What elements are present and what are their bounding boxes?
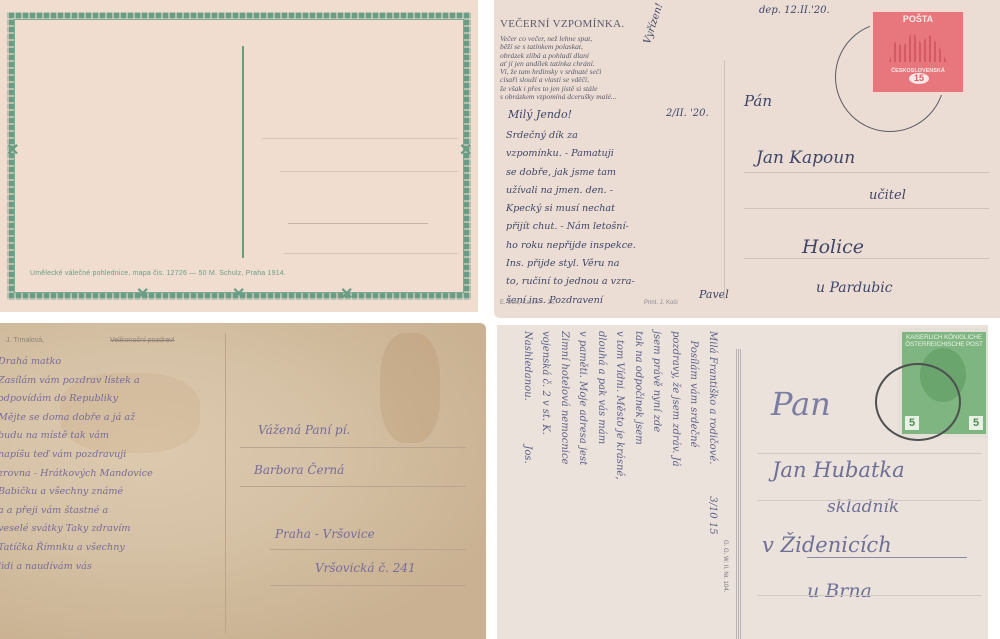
address-line	[757, 453, 982, 454]
publisher-imprint: Umělecké válečné pohlednice, mapa čis. 1…	[30, 270, 286, 277]
letter-date: 2/II. '20.	[666, 108, 709, 119]
poem-text: Večer co večer, než lehne spat, běží se …	[500, 35, 617, 101]
address-line	[807, 557, 967, 558]
postmark	[875, 363, 961, 441]
stamp-label: POŠTA	[873, 14, 963, 24]
address-line	[262, 138, 458, 139]
salutation: Pan	[771, 385, 831, 423]
ribbon-cross-ornament: ✕	[232, 284, 245, 304]
publisher-imprint: G. G. W. II. Nr. 104.	[722, 540, 728, 592]
postcard-vecerni-vzpominka: VEČERNÍ VZPOMÍNKA. Večer co večer, než l…	[494, 0, 1000, 318]
ribbon-cross-ornament: ✕	[340, 284, 353, 304]
divider-rule	[736, 349, 742, 639]
postcard-blank-war-series: ✕ ✕ ✕ ✕ ✕ Umělecké válečné pohlednice, m…	[0, 0, 478, 312]
recipient-name: Jan Hubatka	[772, 458, 905, 482]
stamp-value: 5	[969, 416, 983, 430]
recipient-district: u Pardubic	[816, 280, 893, 296]
handwritten-message-rotated: Milá Františko a rodičové. 3/10 15 Posíl…	[518, 331, 722, 535]
address-line	[744, 172, 989, 173]
address-line	[744, 258, 989, 259]
recipient-district: u Brna	[807, 580, 872, 602]
castle-illustration	[889, 28, 947, 62]
handwritten-message: Srdečný dík za vzpomínku. - Pamatuji se …	[506, 127, 636, 310]
printer-imprint: Print. J. Koči	[644, 300, 678, 306]
divider-line	[225, 333, 226, 633]
recipient-town: v Židenicích	[762, 533, 892, 557]
greeting: Milý Jendo!	[508, 108, 572, 121]
message-address-divider	[242, 46, 244, 258]
handwritten-message: Drahá matko Zasílám vám pozdrav lístek a…	[0, 353, 153, 576]
recipient-town: Holice	[802, 236, 864, 258]
address-line	[270, 549, 466, 550]
inner-frame-line	[14, 19, 464, 293]
date-note: dep. 12.II.'20.	[759, 5, 830, 16]
postage-stamp-hradcany-15: POŠTA ČESKOSLOVENSKÁ 15	[870, 9, 966, 95]
address-line	[240, 447, 466, 448]
publisher-imprint: E. Šolc, Karlín — 26.	[500, 300, 556, 306]
recipient-line: Vážená Paní pí.	[258, 423, 350, 437]
poem-title: VEČERNÍ VZPOMÍNKA.	[500, 18, 624, 30]
ribbon-cross-ornament: ✕	[459, 140, 472, 160]
salutation: Pán	[744, 92, 772, 110]
postcard-easter-greeting: J. Trmalová, Velikonoční pozdrav! Drahá …	[0, 323, 486, 639]
address-line	[240, 486, 466, 487]
address-line	[744, 208, 989, 209]
stamp-value: 15	[909, 73, 929, 84]
recipient-line: Barbora Černá	[254, 463, 344, 477]
sender-imprint: J. Trmalová,	[6, 337, 44, 344]
postcard-austrian-field: Milá Františko a rodičové. 3/10 15 Posíl…	[497, 325, 988, 639]
margin-note: Vyřízen!	[642, 2, 665, 45]
address-line	[757, 500, 982, 501]
recipient-line: Praha - Vršovice	[275, 527, 375, 541]
address-line	[288, 223, 428, 224]
water-stain	[380, 333, 440, 443]
address-line	[270, 585, 466, 586]
address-line	[284, 253, 458, 254]
recipient-name: Jan Kapoun	[756, 148, 855, 168]
address-line	[757, 595, 982, 596]
printed-greeting: Velikonoční pozdrav!	[110, 337, 175, 344]
ribbon-cross-ornament: ✕	[6, 140, 19, 160]
address-line	[280, 171, 458, 172]
divider-line	[724, 60, 725, 300]
recipient-line: Vršovická č. 241	[315, 561, 416, 575]
ribbon-cross-ornament: ✕	[136, 284, 149, 304]
stamp-label: KAISERLICH KÖNIGLICHE ÖSTERREICHISCHE PO…	[902, 334, 986, 348]
recipient-title: učitel	[869, 188, 906, 203]
